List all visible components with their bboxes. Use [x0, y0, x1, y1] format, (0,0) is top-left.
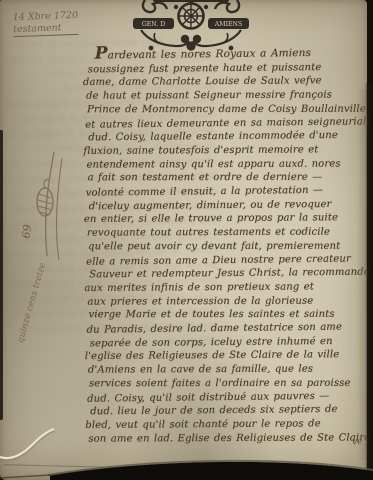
scan-background: et autres lieux demeurante en sa maison …: [0, 0, 373, 480]
manuscript-line: son ame en lad. Eglise des Religieuses d…: [88, 431, 365, 446]
manuscript-page: et autres lieux demeurante en sa maison …: [0, 0, 367, 480]
manuscript-line: qu'elle peut avoir cy devant fait, premi…: [88, 240, 364, 254]
manuscript-line: services soient faites a l'ordinaire en …: [89, 377, 365, 391]
manuscript-line: bled, veut qu'il soit chanté pour le rep…: [85, 417, 365, 433]
manuscript-line: entendement ainsy qu'il est apparu auxd.…: [86, 157, 363, 172]
manuscript-line: fluxion, saine toutesfois d'esprit memoi…: [83, 143, 363, 159]
stamp-band-left: GEN. D: [142, 21, 165, 28]
manuscript-text: Pardevant les nores Royaux a Amienssouss…: [85, 45, 366, 446]
manuscript-line: revoquante tout autres testaments et cod…: [87, 226, 364, 241]
scan-edge-bottom: [0, 448, 373, 480]
archival-title: testament: [13, 22, 79, 37]
archival-note: 14 Xbre 1720 testament: [13, 10, 79, 37]
manuscript-line: Prince de Montmorency dame de Coisy Boul…: [87, 103, 363, 117]
manuscript-line: aux prieres et intercession de la glorie…: [87, 294, 364, 309]
stamp-band-right: AMIENS: [214, 21, 242, 28]
manuscript-line: d'Amiens en la cave de sa famille, que l…: [88, 363, 365, 378]
manuscript-line: de haut et puissant Seigneur messire fra…: [86, 89, 363, 104]
scan-edge-left: [0, 130, 3, 420]
margin-doodle-icon: [16, 150, 70, 262]
scan-edge-right: [365, 82, 373, 472]
manuscript-line: aux merites infinis de son pretieux sang…: [84, 280, 364, 296]
